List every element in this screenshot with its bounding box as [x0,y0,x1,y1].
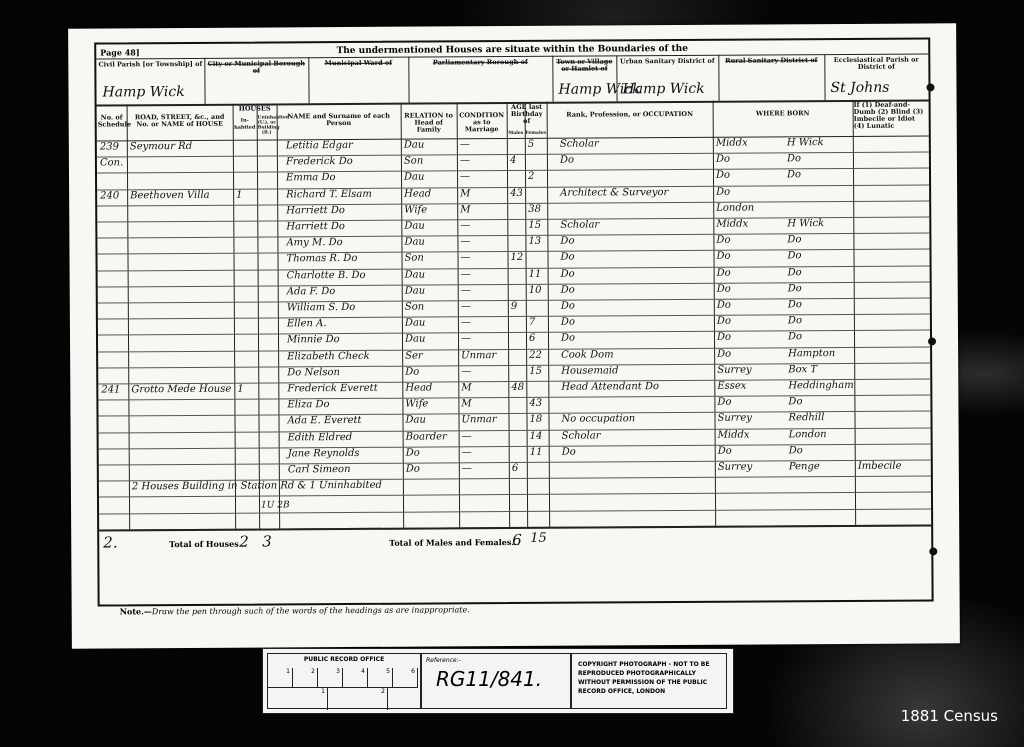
cell-born1: Do [717,283,731,294]
cell-male: 48 [511,382,524,393]
column-header-males: Males [507,130,525,137]
copyright-notice: COPYRIGHT PHOTOGRAPH - NOT TO BE REPRODU… [578,660,720,696]
admin-label-5: Urban Sanitary District of [618,58,716,66]
cell-name: Emma Do [286,172,336,183]
column-header-age: AGE last Birthday of [508,104,546,125]
census-form: Page 48] The undermentioned Houses are s… [94,37,933,606]
column-header-relation: RELATION to Head of Family [402,112,456,133]
cell-occ: No occupation [561,414,635,425]
cell-male: 9 [511,301,517,312]
cell-cond: — [462,463,472,474]
cell-born1: Do [717,332,731,343]
cell-born1: Middx [716,138,748,149]
cell-cond: — [462,431,472,442]
admin-label-7: Ecclesiastical Parish or District of [826,56,926,71]
cell-female: 13 [528,236,541,247]
cell-name: Eliza Do [287,399,329,410]
cell-born2: London [789,429,827,440]
cell-born2: Hampton [788,348,835,359]
cell-born1: Middx [718,429,750,440]
copyright-section: COPYRIGHT PHOTOGRAPH - NOT TO BE REPRODU… [571,653,727,709]
cell-born1: Surrey [718,462,752,473]
cell-female: 14 [530,430,543,441]
admin-label-3: Parliamentary Borough of [410,59,550,67]
cell-schedule: 239 [100,141,119,152]
uninhabited-marks: 1U 2B [261,500,290,510]
cell-name: William S. Do [287,302,355,313]
admin-label-2: Municipal Ward of [310,60,406,68]
cell-female: 15 [528,220,541,231]
cell-rel: Son [405,302,424,313]
cell-occ: Cook Dom [561,349,614,360]
column-header-occupation: Rank, Profession, or OCCUPATION [548,111,712,119]
cell-born1: Do [716,170,730,181]
cell-male: 4 [510,155,516,166]
cell-road: Seymour Rd [130,141,192,152]
scale-mark-4: 4 [343,668,368,688]
cell-born2: Do [788,283,802,294]
column-header-houses: HOUSES [234,105,276,112]
cell-rel: Head [405,382,432,393]
cell-cond: — [461,317,471,328]
cell-name: Amy M. Do [286,237,342,248]
admin-label-1: City or Municipal Borough of [206,60,306,75]
cell-born1: Surrey [717,364,751,375]
cell-rel: Boarder [406,431,447,442]
column-header-inhabited: In-habited [234,118,256,132]
cell-cond: M [461,382,471,393]
cell-cond: Unmar [461,350,496,361]
scale-mark-2: 2 [293,668,318,688]
cell-female: 18 [529,414,542,425]
column-header-born: WHERE BORN [714,110,852,118]
cell-cond: — [460,236,470,247]
cell-occ: Do [562,446,576,457]
cell-female: 15 [529,366,542,377]
cell-rel: Dau [404,237,424,248]
cell-occ: Do [560,252,574,263]
cell-rel: Dau [404,221,424,232]
cell-cond: — [461,334,471,345]
cell-name: Carl Simeon [288,464,351,475]
cell-schedule: 241 [101,384,120,395]
cell-occ: Do [561,284,575,295]
cell-name: Frederick Everett [287,383,377,395]
cell-female: 43 [529,398,542,409]
cell-born2: Do [789,445,803,456]
cell-rel: Wife [405,399,428,410]
cell-cond: M [460,188,470,199]
admin-label-6: Rural Sanitary District of [720,57,822,65]
cell-occ: Do [561,317,575,328]
total-persons-label: Total of Males and Females... [389,537,520,548]
cell-rel: Dau [405,285,425,296]
cell-rel: Dau [405,318,425,329]
cell-cond: — [460,253,470,264]
cell-occ: Architect & Surveyor [560,187,668,199]
cell-female: 7 [529,317,535,328]
column-header-females: Females [525,130,547,137]
reference-label: Reference:- [426,657,566,664]
cell-born1: Do [716,235,730,246]
cell-born2: Do [787,153,801,164]
cell-rel: Dau [405,334,425,345]
column-header-road: ROAD, STREET, &c., and No. or NAME of HO… [128,114,232,129]
cell-born2: Do [787,170,801,181]
cell-rel: Dau [405,415,425,426]
cell-rel: Do [405,366,419,377]
cell-name: Ada E. Everett [287,415,361,426]
scale-mark-1: 1 [268,668,293,688]
cell-born1: Do [717,348,731,359]
total-schedules: 2. [103,533,117,551]
census-page: Page 48] The undermentioned Houses are s… [68,23,960,648]
total-females: 15 [530,531,547,546]
cell-born1: Do [716,251,730,262]
cell-born1: Do [717,316,731,327]
cell-name: Minnie Do [287,334,340,345]
cell-born2: Penge [789,461,820,472]
admin-value-5: Hamp Wick [622,81,704,98]
cell-born2: Box T [788,364,817,375]
cell-born2: Do [788,396,802,407]
cell-female: 6 [529,333,535,344]
cell-female: 10 [529,285,542,296]
scale-mark-6: 6 [393,668,418,688]
cell-rel: Head [404,188,431,199]
cell-occ: Do [561,301,575,312]
record-office-label: PUBLIC RECORD OFFICE 12345612 Reference:… [262,648,734,714]
cell-born1: Do [717,300,731,311]
cell-born2: Do [787,251,801,262]
cell-name: Frederick Do [286,156,353,167]
cell-cond: — [461,285,471,296]
cell-occ: Housemaid [561,365,618,376]
admin-value-0: Hamp Wick [102,84,184,101]
cell-born2: Do [788,299,802,310]
cell-female: 11 [530,447,543,458]
cell-cond: — [460,155,470,166]
cell-born1: Essex [717,381,746,392]
total-males: 6 [512,531,522,549]
cell-born1: Middx [716,219,748,230]
cell-born1: Do [718,445,732,456]
cell-name: Harriett Do [286,221,345,232]
cell-female: 5 [528,139,534,150]
punch-hole [929,547,937,555]
column-header-infirm: If (1) Deaf-and-Dumb (2) Blind (3) Imbec… [854,101,928,129]
cell-occ: Do [561,333,575,344]
cell-born1: London [716,202,754,213]
total-houses-label: Total of Houses... [169,538,247,548]
cell-schedule: 240 [100,190,119,201]
cell-occ: Do [561,268,575,279]
cell-born2: H Wick [787,218,824,229]
punch-hole [928,337,936,345]
cell-born2: Heddingham [788,380,853,391]
cell-name: Richard T. Elsam [286,188,372,200]
cell-name: Do Nelson [287,367,340,378]
cell-cond: — [460,220,470,231]
cell-name: Edith Eldred [288,432,353,443]
cell-cond: M [461,398,471,409]
cell-road: 2 Houses Building in Station Rd & 1 Unin… [132,480,382,493]
cell-born1: Do [717,267,731,278]
cell-occ: Scholar [560,138,599,149]
cell-rel: Dau [404,140,424,151]
total-uninhabited: 3 [262,532,272,550]
cell-female: 38 [528,204,541,215]
cell-male: 43 [510,188,523,199]
cell-name: Charlotte B. Do [287,269,366,280]
cell-inh: 1 [236,189,242,200]
cell-born1: Do [716,154,730,165]
cell-occ: Scholar [560,219,599,230]
cell-rel: Do [406,447,420,458]
cell-female: 11 [529,268,542,279]
admin-label-4: Town or Village or Hamlet of [554,58,614,72]
cell-name: Ellen A. [287,318,327,329]
cell-rel: Do [406,464,420,475]
cell-born1: Do [717,397,731,408]
cell-name: Elizabeth Check [287,350,370,362]
column-header-name: NAME and Surname of each Person [278,113,400,128]
cell-rel: Son [404,253,423,264]
cell-name: Thomas R. Do [286,253,357,264]
admin-label-0: Civil Parish [or Township] of [98,61,202,69]
cell-born2: Do [788,332,802,343]
cell-rel: Ser [405,350,423,361]
cell-cond: — [462,447,472,458]
cell-occ: Do [560,155,574,166]
cell-female: 22 [529,349,542,360]
column-header-condition: CONDITION as to Marriage [458,112,506,133]
column-header-uninhabited: Uninhabited (U.), or Building (B.) [258,115,276,135]
cell-inh: 1 [237,384,243,395]
scale-mark-3: 3 [318,668,343,688]
cell-born2: H Wick [787,137,824,148]
cell-born2: Do [788,267,802,278]
cell-female: 2 [528,171,534,182]
cell-name: Ada F. Do [287,286,336,297]
reference-number: RG11/841. [436,667,570,691]
cell-cond: — [461,269,471,280]
cell-schedule: Con. [100,158,123,169]
cell-occ: Scholar [562,430,601,441]
cell-name: Harriett Do [286,205,345,216]
image-caption: 1881 Census [901,707,998,725]
cell-cond: — [460,139,470,150]
total-inhabited: 2 [239,532,249,550]
record-office-title: PUBLIC RECORD OFFICE [268,656,420,663]
cell-born2: Redhill [788,412,824,423]
scale-section: PUBLIC RECORD OFFICE 12345612 [267,653,421,709]
punch-hole [926,83,934,91]
cell-name: Letitia Edgar [286,140,353,151]
cell-born2: Do [787,234,801,245]
cell-rel: Dau [404,172,424,183]
cell-road: Beethoven Villa [130,189,210,200]
cell-occ: Do [560,236,574,247]
cell-occ: Head Attendant Do [561,381,659,393]
cell-rel: Son [404,156,423,167]
cell-male: 6 [512,463,518,474]
cell-infirm: Imbecile [858,461,902,472]
cell-born1: Surrey [717,413,751,424]
scale-mark-bottom-1: 1 [268,688,328,710]
cell-cond: — [461,366,471,377]
scale-mark-5: 5 [368,668,393,688]
cell-rel: Dau [405,269,425,280]
cell-rel: Wife [404,204,427,215]
cell-name: Jane Reynolds [288,448,360,459]
cell-born2: Do [788,315,802,326]
form-note: Note.—Draw the pen through such of the w… [120,604,470,616]
reference-section: Reference:- RG11/841. [421,653,571,709]
cell-born1: Do [716,186,730,197]
column-header-schedule: No. of Schedule [98,114,126,128]
cell-cond: — [460,172,470,183]
cell-cond: Unmar [461,414,496,425]
cell-road: Grotto Mede House [131,384,231,396]
cell-cond: — [461,301,471,312]
scale-mark-bottom-2: 2 [328,688,388,710]
admin-value-7: St Johns [830,80,889,96]
cell-male: 12 [510,252,523,263]
cell-cond: M [460,204,470,215]
